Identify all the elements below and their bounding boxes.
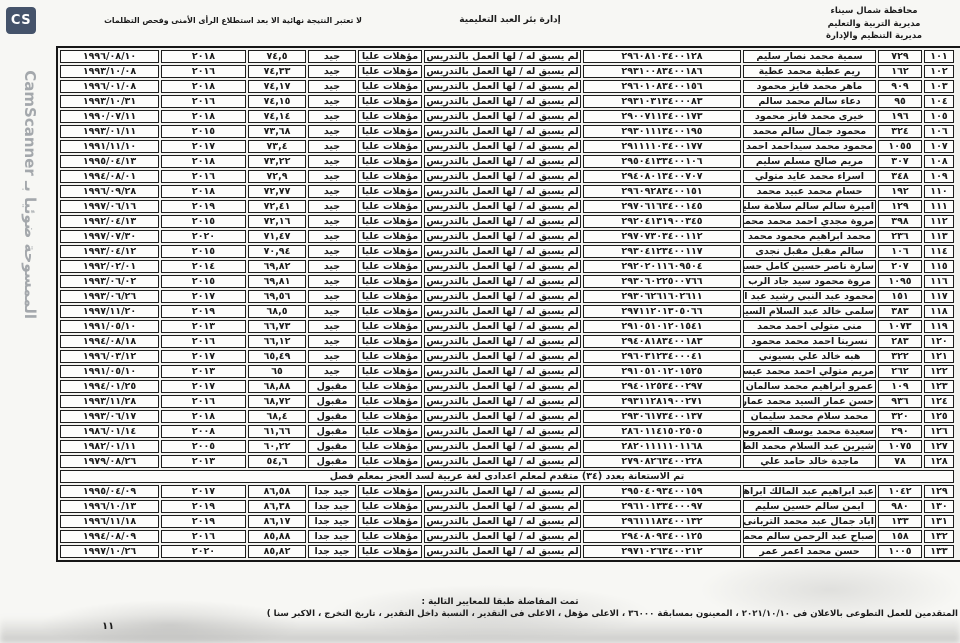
cell-grade: جيد bbox=[308, 350, 356, 363]
cell-national_id: ٢٩٣٠٦٢٦١٦٠٢٦١١ bbox=[583, 290, 741, 303]
cell-name: عبد ابراهيم عبد المالك ابراهيم bbox=[743, 485, 876, 498]
cell-grade: جيد bbox=[308, 320, 356, 333]
cell-name: مريم صالح مسلم سليم bbox=[743, 155, 876, 168]
cell-score: ٦٩,٨١ bbox=[248, 275, 306, 288]
cell-birth_date: ١٩٩١/٠٥/١٠ bbox=[60, 320, 159, 333]
cell-serial: ١٠٦ bbox=[924, 125, 954, 138]
cell-grade: جيد جدا bbox=[308, 485, 356, 498]
table-row: ١٢٢٢٦٢مريم متولي احمد محمد عيسى٢٩١٠٥١٠١٢… bbox=[60, 365, 954, 378]
cell-grade: جيد bbox=[308, 170, 356, 183]
cell-score: ٥٤,٦ bbox=[248, 455, 306, 468]
cell-grade: جيد bbox=[308, 50, 356, 63]
cell-qualification: مؤهلات عليا bbox=[358, 545, 422, 558]
cell-serial: ١٢٤ bbox=[924, 395, 954, 408]
cell-qualification: مؤهلات عليا bbox=[358, 410, 422, 423]
table-row: ١٠٢١٦٢ريم عطية محمد عطية٢٩٣١٠٠٨٣٤٠٠١٨٦لم… bbox=[60, 65, 954, 78]
cell-name: سلمى خالد عبد السلام السيد محمد bbox=[743, 305, 876, 318]
cell-score: ٦٩,٨٢ bbox=[248, 260, 306, 273]
table-row: ١١٥٢٠٧سارة ناصر حسين كامل حسين٢٩٢٠٢٠١١٦٠… bbox=[60, 260, 954, 273]
cell-score: ٨٦,٥٨ bbox=[248, 485, 306, 498]
cell-qualification: مؤهلات عليا bbox=[358, 125, 422, 138]
cell-code: ٧٢٩ bbox=[878, 50, 922, 63]
cell-grade: جيد bbox=[308, 335, 356, 348]
cell-birth_date: ١٩٩٦/٠١/٠٨ bbox=[60, 80, 159, 93]
cell-code: ٢٦٢ bbox=[878, 365, 922, 378]
cell-qualification: مؤهلات عليا bbox=[358, 110, 422, 123]
cell-score: ٦٦,٧٣ bbox=[248, 320, 306, 333]
camscanner-logo-icon: CS bbox=[6, 7, 36, 34]
cell-qualification: مؤهلات عليا bbox=[358, 350, 422, 363]
cell-name: حسن محمد اعمر عمر bbox=[743, 545, 876, 558]
cell-serial: ١٠٥ bbox=[924, 110, 954, 123]
cell-national_id: ٢٩٣١٠٣١٣٤٠٠٠٨٣ bbox=[583, 95, 741, 108]
cell-grade: مقبول bbox=[308, 440, 356, 453]
cell-year: ٢٠١٣ bbox=[161, 455, 246, 468]
cell-score: ٧١,٤٧ bbox=[248, 230, 306, 243]
cell-birth_date: ١٩٩٦/١١/١٨ bbox=[60, 515, 159, 528]
cell-qualification: مؤهلات عليا bbox=[358, 530, 422, 543]
cell-score: ٦٨,٨٨ bbox=[248, 380, 306, 393]
cell-code: ٣٢٠ bbox=[878, 410, 922, 423]
cell-name: منى متولى احمد محمد bbox=[743, 320, 876, 333]
cell-code: ٩٨٠ bbox=[878, 500, 922, 513]
cell-national_id: ٢٨٢٠١١١١١٠١١٦٨ bbox=[583, 440, 741, 453]
table-row: ١٣٣١٠٠٥حسن محمد اعمر عمر٢٩٧١٠٢٦٣٤٠٠٢١٢لم… bbox=[60, 545, 954, 558]
cell-name: ماهر محمد فايز محمود bbox=[743, 80, 876, 93]
cell-qualification: مؤهلات عليا bbox=[358, 425, 422, 438]
cell-code: ١٩٦ bbox=[878, 110, 922, 123]
cell-national_id: ٢٧٩٠٨٢٦٣٤٠٠٢٢٨ bbox=[583, 455, 741, 468]
cell-qualification: مؤهلات عليا bbox=[358, 440, 422, 453]
cell-serial: ١٢٠ bbox=[924, 335, 954, 348]
cell-code: ٢٠٧ bbox=[878, 260, 922, 273]
cell-code: ١٠٤٢ bbox=[878, 485, 922, 498]
cell-national_id: ٢٩٤٠٨١٨٣٤٠٠١٨٣ bbox=[583, 335, 741, 348]
cell-name: مروة مجدي احمد محمد محمود bbox=[743, 215, 876, 228]
cell-year: ٢٠١٨ bbox=[161, 80, 246, 93]
cell-serial: ١٢٣ bbox=[924, 380, 954, 393]
cell-name: حسن عمار السيد محمد عمار bbox=[743, 395, 876, 408]
cell-code: ١٠٧٥ bbox=[878, 440, 922, 453]
cell-year: ٢٠١٧ bbox=[161, 380, 246, 393]
cell-qualification: مؤهلات عليا bbox=[358, 50, 422, 63]
cell-national_id: ٢٩١٠٥١٠١٢٠١٥٤١ bbox=[583, 320, 741, 333]
cell-year: ٢٠٠٥ bbox=[161, 440, 246, 453]
governorate-name: محافظة شمال سيناء bbox=[814, 5, 934, 18]
cell-national_id: ٢٩٥٠٤١٣٣٤٠٠١٠٦ bbox=[583, 155, 741, 168]
cell-status: لم يسبق له / لها العمل بالتدريس bbox=[424, 440, 581, 453]
cell-year: ٢٠٢٠ bbox=[161, 230, 246, 243]
cell-score: ٧٣,٦٨ bbox=[248, 125, 306, 138]
cell-grade: جيد bbox=[308, 155, 356, 168]
cell-year: ٢٠١٩ bbox=[161, 515, 246, 528]
cell-serial: ١١٩ bbox=[924, 320, 954, 333]
cell-year: ٢٠١٥ bbox=[161, 275, 246, 288]
table-row: ١١٠١٩٢حسام محمد عبيد محمد٢٩٦٠٩٢٨٣٤٠٠١٥١ل… bbox=[60, 185, 954, 198]
cell-code: ٢٨٣ bbox=[878, 335, 922, 348]
cell-qualification: مؤهلات عليا bbox=[358, 65, 422, 78]
table-row: ١٢٧١٠٧٥شيرين عبد السلام محمد الطويل٢٨٢٠١… bbox=[60, 440, 954, 453]
cell-status: لم يسبق له / لها العمل بالتدريس bbox=[424, 455, 581, 468]
table-row: ١١٧١٥١محمود عبد النبي رشيد عبد الرحمن اح… bbox=[60, 290, 954, 303]
cell-birth_date: ١٩٩٧/٠٧/٣٠ bbox=[60, 230, 159, 243]
cell-name: عمرو ابراهيم محمد سالمان bbox=[743, 380, 876, 393]
cell-code: ١٩٢ bbox=[878, 185, 922, 198]
cell-status: لم يسبق له / لها العمل بالتدريس bbox=[424, 515, 581, 528]
cell-national_id: ٢٩٧٠٧٣٠٣٤٠٠١١٢ bbox=[583, 230, 741, 243]
table-row: ١٢٣١٠٩عمرو ابراهيم محمد سالمان٢٩٤٠١٢٥٣٤٠… bbox=[60, 380, 954, 393]
cell-birth_date: ١٩٩٣/٠٦/١٧ bbox=[60, 410, 159, 423]
cell-score: ٦٨,٧٢ bbox=[248, 395, 306, 408]
cell-year: ٢٠١٩ bbox=[161, 500, 246, 513]
cell-serial: ١٣١ bbox=[924, 515, 954, 528]
header-authority-block: محافظة شمال سيناء مديرية التربية والتعلي… bbox=[814, 5, 934, 43]
cell-birth_date: ١٩٩٦/٠٨/١٠ bbox=[60, 50, 159, 63]
results-table-frame: ١٠١٧٢٩سمية محمد نصار سليم٢٩٦٠٨١٠٣٤٠٠١٢٨ل… bbox=[56, 46, 960, 562]
cell-birth_date: ١٩٩٢/٠٢/٠١ bbox=[60, 260, 159, 273]
cell-year: ٢٠١٦ bbox=[161, 335, 246, 348]
cell-year: ٢٠١٩ bbox=[161, 305, 246, 318]
cell-serial: ١٢٥ bbox=[924, 410, 954, 423]
cell-grade: جيد bbox=[308, 95, 356, 108]
cell-serial: ١٠٧ bbox=[924, 140, 954, 153]
cell-year: ٢٠١٥ bbox=[161, 245, 246, 258]
results-table-body: ١٠١٧٢٩سمية محمد نصار سليم٢٩٦٠٨١٠٣٤٠٠١٢٨ل… bbox=[60, 50, 954, 558]
cell-year: ٢٠١٤ bbox=[161, 260, 246, 273]
cell-birth_date: ١٩٩٤/٠٨/١٨ bbox=[60, 335, 159, 348]
cell-year: ٢٠١٧ bbox=[161, 485, 246, 498]
cell-year: ٢٠١٨ bbox=[161, 410, 246, 423]
cell-name: محمد سلام محمد سليمان bbox=[743, 410, 876, 423]
cell-qualification: مؤهلات عليا bbox=[358, 380, 422, 393]
cell-name: محمود جمال سالم محمد bbox=[743, 125, 876, 138]
cell-name: ايمن سالم حسين سليم bbox=[743, 500, 876, 513]
cell-qualification: مؤهلات عليا bbox=[358, 155, 422, 168]
cell-code: ١٠٩٥ bbox=[878, 275, 922, 288]
cell-national_id: ٢٩٥٠٤٠٩٣٤٠٠١٥٩ bbox=[583, 485, 741, 498]
cell-score: ٧٤,١٤ bbox=[248, 110, 306, 123]
cell-grade: جيد bbox=[308, 65, 356, 78]
cell-year: ٢٠١٨ bbox=[161, 155, 246, 168]
cell-serial: ١٢١ bbox=[924, 350, 954, 363]
cell-serial: ١٣٠ bbox=[924, 500, 954, 513]
table-row: ١١٩١٠٧٣منى متولى احمد محمد٢٩١٠٥١٠١٢٠١٥٤١… bbox=[60, 320, 954, 333]
cell-status: لم يسبق له / لها العمل بالتدريس bbox=[424, 140, 581, 153]
cell-birth_date: ١٩٩٠/٠٧/١١ bbox=[60, 110, 159, 123]
cell-grade: جيد bbox=[308, 215, 356, 228]
cell-grade: جيد جدا bbox=[308, 530, 356, 543]
cell-grade: جيد bbox=[308, 290, 356, 303]
cell-grade: جيد جدا bbox=[308, 515, 356, 528]
cell-status: لم يسبق له / لها العمل بالتدريس bbox=[424, 335, 581, 348]
cell-status: لم يسبق له / لها العمل بالتدريس bbox=[424, 485, 581, 498]
cell-qualification: مؤهلات عليا bbox=[358, 200, 422, 213]
cell-score: ٧٤,٥ bbox=[248, 50, 306, 63]
cell-national_id: ٢٩٦٠٨١٠٣٤٠٠١٢٨ bbox=[583, 50, 741, 63]
cell-grade: مقبول bbox=[308, 380, 356, 393]
cell-birth_date: ١٩٩٢/٠٤/١٣ bbox=[60, 215, 159, 228]
cell-qualification: مؤهلات عليا bbox=[358, 80, 422, 93]
cell-national_id: ٢٩٠٠٧١١٣٤٠٠١٧٣ bbox=[583, 110, 741, 123]
table-row: ١٠١٧٢٩سمية محمد نصار سليم٢٩٦٠٨١٠٣٤٠٠١٢٨ل… bbox=[60, 50, 954, 63]
cell-status: لم يسبق له / لها العمل بالتدريس bbox=[424, 410, 581, 423]
cell-qualification: مؤهلات عليا bbox=[358, 230, 422, 243]
table-row: ١٢٤٩٣٦حسن عمار السيد محمد عمار٢٩٣١١٢٨١٩٠… bbox=[60, 395, 954, 408]
cell-name: دعاء سالم محمد سالم bbox=[743, 95, 876, 108]
cell-status: لم يسبق له / لها العمل بالتدريس bbox=[424, 50, 581, 63]
cell-national_id: ٢٩٦١١١٨٣٤٠٠١٣٢ bbox=[583, 515, 741, 528]
cell-code: ٣٩٨ bbox=[878, 215, 922, 228]
cell-serial: ١٢٦ bbox=[924, 425, 954, 438]
cell-year: ٢٠١٦ bbox=[161, 395, 246, 408]
cell-name: حسام محمد عبيد محمد bbox=[743, 185, 876, 198]
cell-national_id: ٢٩٦٠٣١٢٣٤٠٠٠٤١ bbox=[583, 350, 741, 363]
result-disclaimer-note: لا تعتبر النتيجة نهائية الا بعد استطلاع … bbox=[112, 16, 362, 25]
cell-national_id: ٢٩٧٠٦١٦٣٤٠٠١٤٥ bbox=[583, 200, 741, 213]
camscanner-watermark: الممسوحة ضوئيا بـ CamScanner bbox=[17, 39, 39, 319]
cell-grade: جيد bbox=[308, 230, 356, 243]
cell-national_id: ٢٩٣٠٦١٧٣٤٠٠١٣٧ bbox=[583, 410, 741, 423]
cell-serial: ١٠٨ bbox=[924, 155, 954, 168]
cell-code: ٣٢٢ bbox=[878, 350, 922, 363]
table-row: ١١٤١٠٦سالم مقبل مقبل نجدى٢٩٣٠٤١٢٣٤٠٠١١٧ل… bbox=[60, 245, 954, 258]
table-row: ١٢٩١٠٤٢عبد ابراهيم عبد المالك ابراهيم٢٩٥… bbox=[60, 485, 954, 498]
cell-serial: ١٢٢ bbox=[924, 365, 954, 378]
cell-code: ٢٩٠ bbox=[878, 425, 922, 438]
cell-code: ١٦٢ bbox=[878, 65, 922, 78]
cell-grade: جيد bbox=[308, 80, 356, 93]
cell-status: لم يسبق له / لها العمل بالتدريس bbox=[424, 110, 581, 123]
cell-national_id: ٢٩١١١١٠٣٤٠٠١٧٧ bbox=[583, 140, 741, 153]
cell-birth_date: ١٩٩٣/٠٦/٢٦ bbox=[60, 290, 159, 303]
cell-national_id: ٢٩١٠٥١٠١٢٠١٥٢٥ bbox=[583, 365, 741, 378]
cell-code: ٣٢٤ bbox=[878, 125, 922, 138]
cell-birth_date: ١٩٩٤/٠١/٢٥ bbox=[60, 380, 159, 393]
cell-status: لم يسبق له / لها العمل بالتدريس bbox=[424, 305, 581, 318]
cell-score: ٦٥ bbox=[248, 365, 306, 378]
table-row: ١٣١١٣٣اياد جمال عبد محمد التربانى٢٩٦١١١٨… bbox=[60, 515, 954, 528]
page-number: ١١ bbox=[102, 621, 114, 632]
cell-birth_date: ١٩٩٣/١١/٢٨ bbox=[60, 395, 159, 408]
table-row: ١١٣٢٣٦محمد ابراهيم محمود محمد٢٩٧٠٧٣٠٣٤٠٠… bbox=[60, 230, 954, 243]
cell-year: ٢٠١٥ bbox=[161, 215, 246, 228]
cell-grade: جيد bbox=[308, 305, 356, 318]
table-row: ١٠٧١٠٥٥محمود محمد سيداحمد احمد٢٩١١١١٠٣٤٠… bbox=[60, 140, 954, 153]
cell-birth_date: ١٩٨٢/٠١/١١ bbox=[60, 440, 159, 453]
cell-qualification: مؤهلات عليا bbox=[358, 185, 422, 198]
cell-year: ٢٠١٣ bbox=[161, 320, 246, 333]
cell-status: لم يسبق له / لها العمل بالتدريس bbox=[424, 275, 581, 288]
cell-status: لم يسبق له / لها العمل بالتدريس bbox=[424, 380, 581, 393]
cell-name: نسرينا احمد محمد محمود bbox=[743, 335, 876, 348]
cell-code: ١٣٣ bbox=[878, 515, 922, 528]
cell-code: ١٠٩ bbox=[878, 380, 922, 393]
cell-serial: ١٠٣ bbox=[924, 80, 954, 93]
cell-birth_date: ١٩٩٧/١١/٢٠ bbox=[60, 305, 159, 318]
cell-grade: مقبول bbox=[308, 425, 356, 438]
cell-code: ١٥١ bbox=[878, 290, 922, 303]
cell-qualification: مؤهلات عليا bbox=[358, 260, 422, 273]
cell-serial: ١١٠ bbox=[924, 185, 954, 198]
table-row: ١٢٨٧٨ماجدة خالد حامد علي٢٧٩٠٨٢٦٣٤٠٠٢٢٨لم… bbox=[60, 455, 954, 468]
table-row: ١٣٠٩٨٠ايمن سالم حسين سليم٢٩٦١٠١٣٣٤٠٠٠٩٧ل… bbox=[60, 500, 954, 513]
cell-score: ٨٦,٣٨ bbox=[248, 500, 306, 513]
cell-grade: مقبول bbox=[308, 410, 356, 423]
cell-birth_date: ١٩٩٥/٠٤/١٣ bbox=[60, 155, 159, 168]
cell-name: مريم متولي احمد محمد عيسى bbox=[743, 365, 876, 378]
organization-directorate: مديرية التنظيم والإدارة bbox=[814, 30, 934, 43]
cell-qualification: مؤهلات عليا bbox=[358, 275, 422, 288]
cell-serial: ١٣٣ bbox=[924, 545, 954, 558]
cell-year: ٢٠١٣ bbox=[161, 365, 246, 378]
cell-score: ٧٤,٣٣ bbox=[248, 65, 306, 78]
cell-national_id: ٢٨٦٠١١٤١٥٠٢٥٠٥ bbox=[583, 425, 741, 438]
cell-name: هبه خالد علي بسيوني bbox=[743, 350, 876, 363]
cell-score: ٧٣,٤ bbox=[248, 140, 306, 153]
cell-status: لم يسبق له / لها العمل بالتدريس bbox=[424, 185, 581, 198]
cell-year: ٢٠١٨ bbox=[161, 50, 246, 63]
cell-name: ريم عطية محمد عطية bbox=[743, 65, 876, 78]
table-row: ١١٨٣٨٣سلمى خالد عبد السلام السيد محمد٢٩٧… bbox=[60, 305, 954, 318]
scan-shadow-bottom bbox=[0, 617, 960, 643]
cell-qualification: مؤهلات عليا bbox=[358, 140, 422, 153]
cell-score: ٦٦,١٢ bbox=[248, 335, 306, 348]
cell-year: ٢٠١٩ bbox=[161, 200, 246, 213]
cell-serial: ١١٣ bbox=[924, 230, 954, 243]
cell-status: لم يسبق له / لها العمل بالتدريس bbox=[424, 500, 581, 513]
cell-name: اياد جمال عبد محمد التربانى bbox=[743, 515, 876, 528]
cell-birth_date: ١٩٩١/١١/١٠ bbox=[60, 140, 159, 153]
cell-national_id: ٢٩٣٠١١١٣٤٠٠١٩٥ bbox=[583, 125, 741, 138]
cell-name: سعيدة محمد يوسف العمروسي bbox=[743, 425, 876, 438]
cell-status: لم يسبق له / لها العمل بالتدريس bbox=[424, 260, 581, 273]
cell-qualification: مؤهلات عليا bbox=[358, 395, 422, 408]
cell-code: ١٠٧٣ bbox=[878, 320, 922, 333]
cell-grade: جيد bbox=[308, 245, 356, 258]
cell-year: ٢٠١٨ bbox=[161, 185, 246, 198]
cell-qualification: مؤهلات عليا bbox=[358, 500, 422, 513]
cell-score: ٦٨,٥ bbox=[248, 305, 306, 318]
cell-name: سالم مقبل مقبل نجدى bbox=[743, 245, 876, 258]
cell-year: ٢٠١٦ bbox=[161, 530, 246, 543]
table-row: ١١٦١٠٩٥مروة محمود سيد جاد الرب٢٩٣٠٦٠٢٢٥٠… bbox=[60, 275, 954, 288]
table-row: ١٠٩٣٤٨اسراء محمد عايد متولي٢٩٤٠٨٠١٣٤٠٠٧٠… bbox=[60, 170, 954, 183]
cell-status: لم يسبق له / لها العمل بالتدريس bbox=[424, 545, 581, 558]
cell-status: لم يسبق له / لها العمل بالتدريس bbox=[424, 155, 581, 168]
cell-code: ٣٤٨ bbox=[878, 170, 922, 183]
cell-birth_date: ١٩٩٣/٠٦/٠٢ bbox=[60, 275, 159, 288]
cell-serial: ١٠١ bbox=[924, 50, 954, 63]
cell-grade: جيد bbox=[308, 140, 356, 153]
cell-score: ٦١,٦٦ bbox=[248, 425, 306, 438]
table-row: ١٠٨٣٠٧مريم صالح مسلم سليم٢٩٥٠٤١٣٣٤٠٠١٠٦ل… bbox=[60, 155, 954, 168]
cell-status: لم يسبق له / لها العمل بالتدريس bbox=[424, 425, 581, 438]
cell-serial: ١٢٨ bbox=[924, 455, 954, 468]
cell-code: ٣٠٧ bbox=[878, 155, 922, 168]
cell-qualification: مؤهلات عليا bbox=[358, 455, 422, 468]
cell-serial: ١١٧ bbox=[924, 290, 954, 303]
table-row: ١٠٤٩٥دعاء سالم محمد سالم٢٩٣١٠٣١٣٤٠٠٠٨٣لم… bbox=[60, 95, 954, 108]
cell-score: ٧٠,٩٤ bbox=[248, 245, 306, 258]
cell-code: ٧٨ bbox=[878, 455, 922, 468]
cell-status: لم يسبق له / لها العمل بالتدريس bbox=[424, 350, 581, 363]
deficit-note: تم الاستعانة بعدد (٣٤) متقدم لمعلم اعداد… bbox=[60, 470, 954, 483]
cell-year: ٢٠٠٨ bbox=[161, 425, 246, 438]
cell-year: ٢٠١٦ bbox=[161, 65, 246, 78]
table-row: ١٢١٣٢٢هبه خالد علي بسيوني٢٩٦٠٣١٢٣٤٠٠٠٤١ل… bbox=[60, 350, 954, 363]
cell-serial: ١١٥ bbox=[924, 260, 954, 273]
cell-serial: ١١٤ bbox=[924, 245, 954, 258]
cell-score: ٦٨,٤ bbox=[248, 410, 306, 423]
cell-name: سارة ناصر حسين كامل حسين bbox=[743, 260, 876, 273]
cell-status: لم يسبق له / لها العمل بالتدريس bbox=[424, 365, 581, 378]
cell-status: لم يسبق له / لها العمل بالتدريس bbox=[424, 170, 581, 183]
cell-grade: جيد جدا bbox=[308, 500, 356, 513]
cell-grade: جيد bbox=[308, 185, 356, 198]
cell-year: ٢٠١٦ bbox=[161, 95, 246, 108]
cell-serial: ١٢٧ bbox=[924, 440, 954, 453]
cell-year: ٢٠١٧ bbox=[161, 350, 246, 363]
cell-name: سمية محمد نصار سليم bbox=[743, 50, 876, 63]
cell-birth_date: ١٩٩٦/٠٣/١٢ bbox=[60, 350, 159, 363]
cell-birth_date: ١٩٩٣/١٠/٣١ bbox=[60, 95, 159, 108]
cell-status: لم يسبق له / لها العمل بالتدريس bbox=[424, 530, 581, 543]
cell-code: ١٥٨ bbox=[878, 530, 922, 543]
cell-name: خيرى محمد فايز محمود bbox=[743, 110, 876, 123]
cell-score: ٧٢,١٦ bbox=[248, 215, 306, 228]
cell-birth_date: ١٩٩٣/٠١/١١ bbox=[60, 125, 159, 138]
cell-code: ٩٣٦ bbox=[878, 395, 922, 408]
cell-year: ٢٠١٧ bbox=[161, 140, 246, 153]
cell-qualification: مؤهلات عليا bbox=[358, 245, 422, 258]
cell-year: ٢٠١٧ bbox=[161, 290, 246, 303]
cell-year: ٢٠١٥ bbox=[161, 125, 246, 138]
administration-title: إدارة بئر العبد التعليمية bbox=[440, 15, 580, 25]
cell-code: ٣٨٣ bbox=[878, 305, 922, 318]
cell-name: مروة محمود سيد جاد الرب bbox=[743, 275, 876, 288]
cell-serial: ١١٢ bbox=[924, 215, 954, 228]
cell-national_id: ٢٩٧١١٢٠١٣٠٥٠٦٦ bbox=[583, 305, 741, 318]
table-row: ١١١١٢٩اميرة سالم سالم سلامة سليم٢٩٧٠٦١٦٣… bbox=[60, 200, 954, 213]
cell-national_id: ٢٩٦٠١٠٨٣٤٠٠١٥٦ bbox=[583, 80, 741, 93]
table-row: ١٢٥٣٢٠محمد سلام محمد سليمان٢٩٣٠٦١٧٣٤٠٠١٣… bbox=[60, 410, 954, 423]
cell-name: ماجدة خالد حامد علي bbox=[743, 455, 876, 468]
cell-code: ٢٣٦ bbox=[878, 230, 922, 243]
cell-serial: ١١٦ bbox=[924, 275, 954, 288]
cell-grade: مقبول bbox=[308, 455, 356, 468]
cell-name: محمد ابراهيم محمود محمد bbox=[743, 230, 876, 243]
cell-national_id: ٢٩٢٠٤١٣١٩٠٠٣٤٥ bbox=[583, 215, 741, 228]
cell-qualification: مؤهلات عليا bbox=[358, 305, 422, 318]
cell-code: ١٠٦ bbox=[878, 245, 922, 258]
cell-birth_date: ١٩٩١/٠٥/١٠ bbox=[60, 365, 159, 378]
cell-national_id: ٢٩٦٠٩٢٨٣٤٠٠١٥١ bbox=[583, 185, 741, 198]
cell-birth_date: ١٩٩٦/٠٩/٢٨ bbox=[60, 185, 159, 198]
cell-code: ١٠٥٥ bbox=[878, 140, 922, 153]
cell-score: ٦٥,٤٩ bbox=[248, 350, 306, 363]
cell-birth_date: ١٩٧٩/٠٨/٢٦ bbox=[60, 455, 159, 468]
cell-score: ٨٦,١٧ bbox=[248, 515, 306, 528]
criteria-heading: تمت المفاضلة طبقا للمعايير التالية : bbox=[390, 597, 610, 607]
cell-birth_date: ١٩٩٣/١٠/٠٨ bbox=[60, 65, 159, 78]
cell-grade: جيد جدا bbox=[308, 545, 356, 558]
table-row: ١٠٦٣٢٤محمود جمال سالم محمد٢٩٣٠١١١٣٤٠٠١٩٥… bbox=[60, 125, 954, 138]
cell-code: ١٠٠٥ bbox=[878, 545, 922, 558]
cell-national_id: ٢٩٣١٠٠٨٣٤٠٠١٨٦ bbox=[583, 65, 741, 78]
cell-code: ١٢٩ bbox=[878, 200, 922, 213]
cell-grade: جيد bbox=[308, 200, 356, 213]
cell-grade: جيد bbox=[308, 275, 356, 288]
